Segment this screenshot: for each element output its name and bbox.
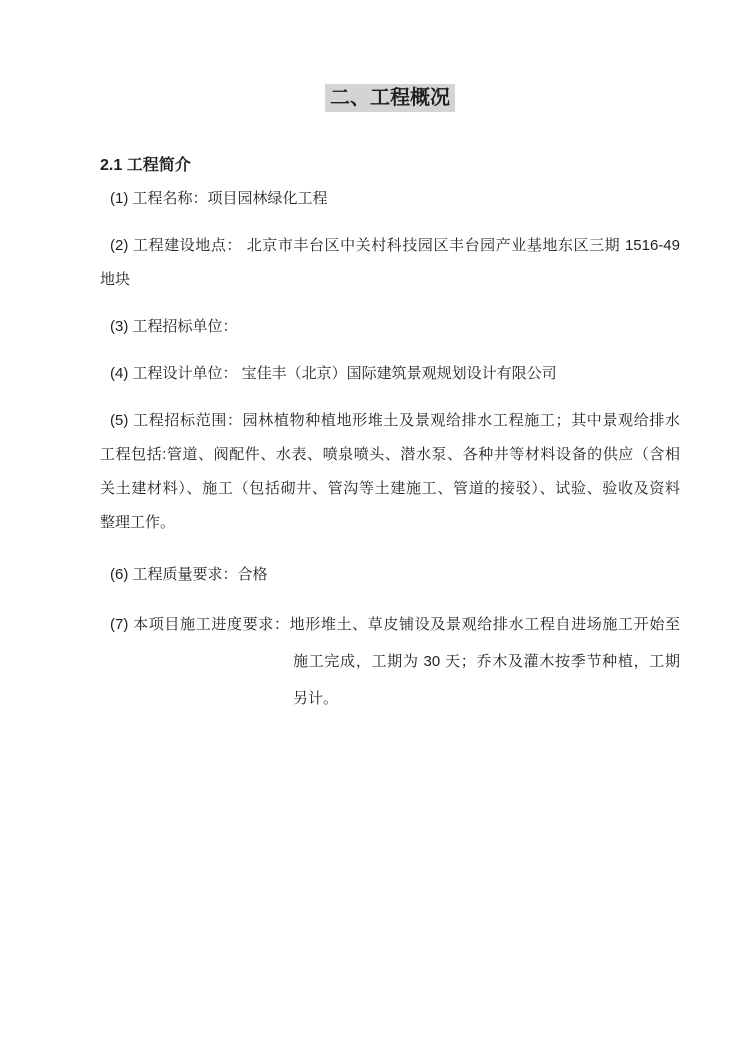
text-line: 地块 (100, 263, 680, 297)
text-line: (1) 工程名称：项目园林绿化工程 (100, 182, 680, 216)
text-line: 另计。 (293, 680, 680, 717)
item-paragraph-7: (7) 本项目施工进度要求：地形堆土、草皮铺设及景观给排水工程自进场施工开始至 … (100, 606, 680, 717)
text-line: 关土建材料）、施工（包括砌井、管沟等土建施工、管道的接驳）、试验、验收及资料 (100, 472, 680, 506)
text-line: (7) 本项目施工进度要求：地形堆土、草皮铺设及景观给排水工程自进场施工开始至 (100, 606, 680, 643)
item-paragraph-4: (4) 工程设计单位： 宝佳丰（北京）国际建筑景观规划设计有限公司 (100, 357, 680, 391)
text-line: (6) 工程质量要求：合格 (100, 558, 680, 592)
text-line: (2) 工程建设地点： 北京市丰台区中关村科技园区丰台园产业基地东区三期 151… (100, 229, 680, 263)
document-title-text: 二、工程概况 (325, 84, 455, 112)
text-line: 工程包括:管道、阀配件、水表、喷泉喷头、潜水泵、各种井等材料设备的供应（含相 (100, 438, 680, 472)
item-paragraph-2: (2) 工程建设地点： 北京市丰台区中关村科技园区丰台园产业基地东区三期 151… (100, 229, 680, 297)
item-paragraph-6: (6) 工程质量要求：合格 (100, 558, 680, 592)
text-line: (5) 工程招标范围：园林植物种植地形堆土及景观给排水工程施工；其中景观给排水 (100, 404, 680, 438)
item-paragraph-3: (3) 工程招标单位： (100, 310, 680, 344)
item-paragraph-1: (1) 工程名称：项目园林绿化工程 (100, 182, 680, 216)
text-line: 施工完成，工期为 30 天；乔木及灌木按季节种植，工期 (293, 643, 680, 680)
document-title: 二、工程概况 (100, 84, 680, 114)
text-line: 整理工作。 (100, 506, 680, 540)
item-paragraph-5: (5) 工程招标范围：园林植物种植地形堆土及景观给排水工程施工；其中景观给排水 … (100, 404, 680, 540)
text-line: (4) 工程设计单位： 宝佳丰（北京）国际建筑景观规划设计有限公司 (100, 357, 680, 391)
text-line: (3) 工程招标单位： (100, 310, 680, 344)
section-heading: 2.1 工程简介 (100, 152, 680, 180)
document-page: 二、工程概况 2.1 工程简介 (1) 工程名称：项目园林绿化工程 (2) 工程… (0, 0, 744, 1052)
